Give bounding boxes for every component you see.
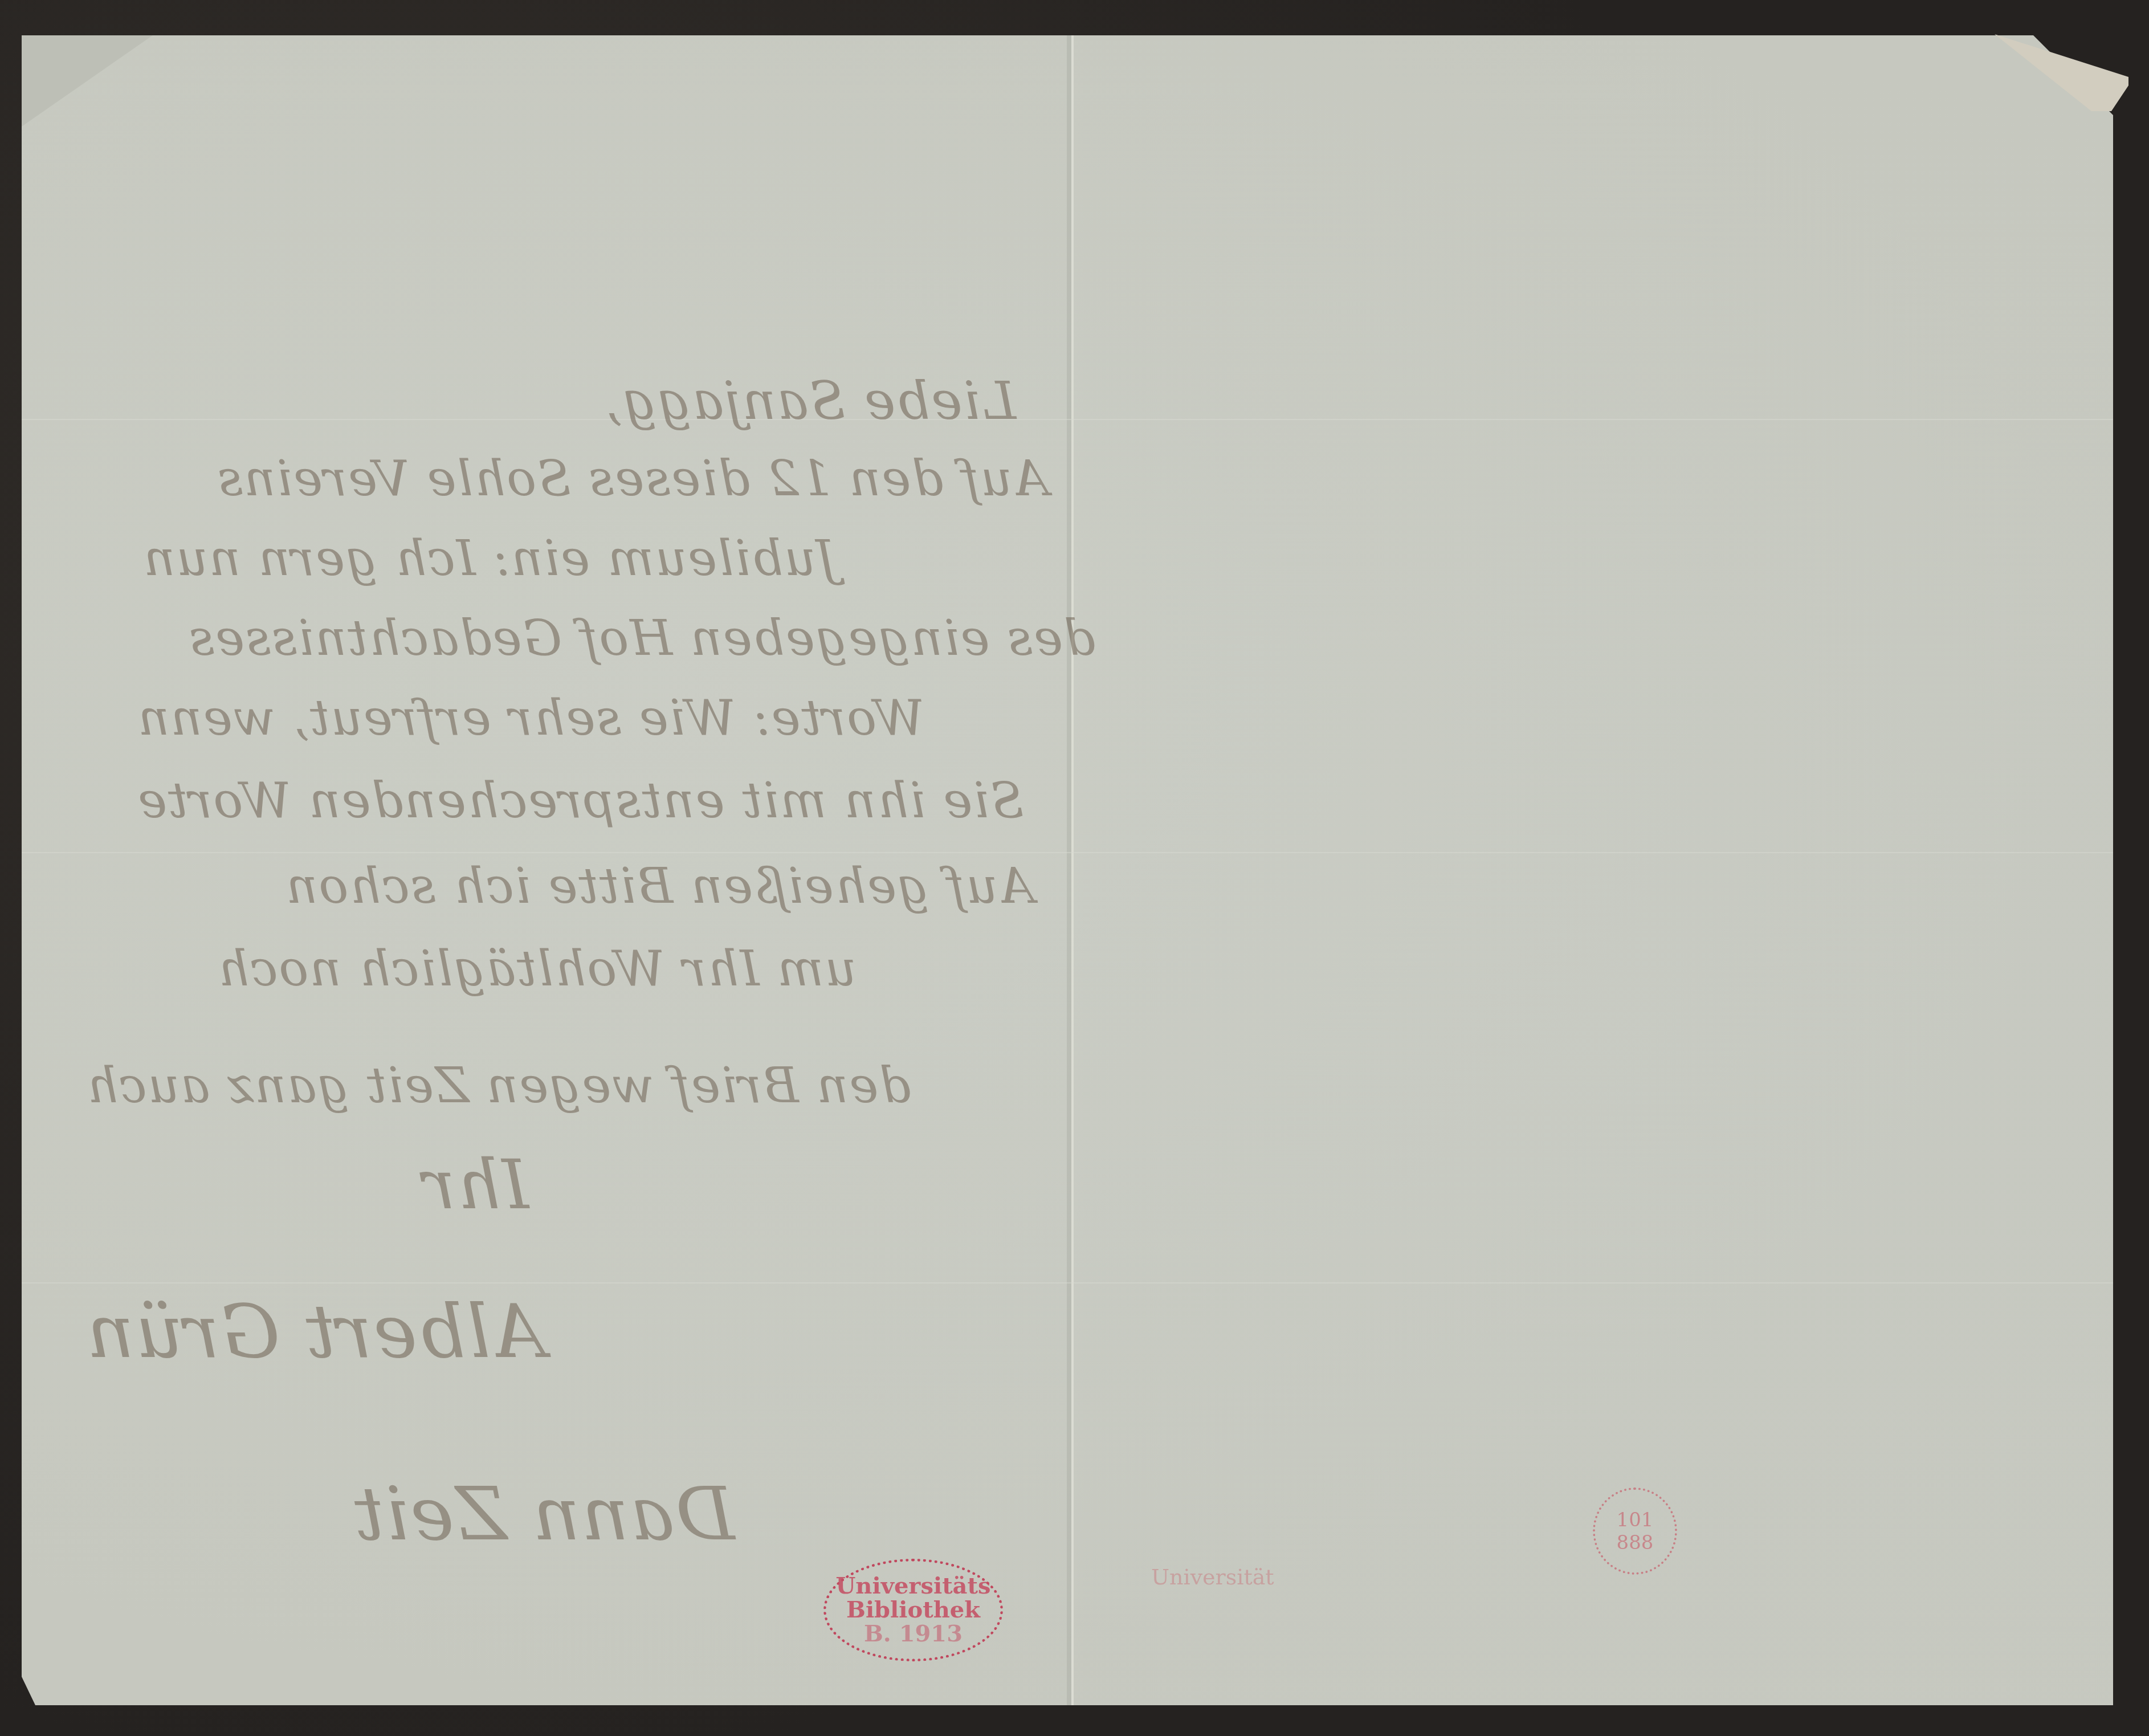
bleed-line: den Brief wegen Zeit ganz auch: [85, 1057, 911, 1114]
bleed-line: Auf den 12 dieses Sohle Vereins: [217, 450, 1049, 507]
stamp-text: 101: [1617, 1509, 1654, 1531]
stamp-text: 888: [1617, 1531, 1654, 1554]
bleed-signature: Albert Grün: [85, 1288, 545, 1375]
bleed-line-salutation: Liebe Sanjagg,: [604, 370, 1016, 431]
stamp-text: Bibliothek: [826, 1598, 1000, 1622]
paper-crease: [22, 852, 2113, 853]
bleed-line: Sie ihn mit entsprechenden Worte: [137, 772, 1024, 829]
stamp-text: Universitäts: [826, 1574, 1000, 1598]
paper-crease: [22, 419, 2113, 420]
stamp-text: B. 1913: [826, 1622, 1000, 1646]
library-stamp-round: 101 888: [1593, 1488, 1677, 1575]
bleed-line: Worte: Wie sehr erfreut, wenn: [137, 690, 924, 747]
bleed-line: Auf geheißen Bitte ich schon: [285, 858, 1034, 915]
bleed-closing: Ihr: [422, 1146, 529, 1225]
faint-stamp-mark: Universität: [1151, 1564, 1274, 1590]
paper-crease: [22, 1282, 2113, 1283]
library-stamp-oval: Universitäts Bibliothek B. 1913: [823, 1559, 1003, 1661]
center-fold: [1071, 35, 1074, 1705]
center-fold-shadow: [1067, 35, 1071, 1705]
bleed-line: um Ihr Wohltäglich noch: [217, 940, 857, 997]
bleed-line: des eingegeben Hof Gedachtnisses: [188, 610, 1095, 667]
bleed-line: Jubileum ein: Ich gern nun: [142, 530, 837, 587]
bleed-signature-line: Dann Zeit: [353, 1470, 735, 1557]
